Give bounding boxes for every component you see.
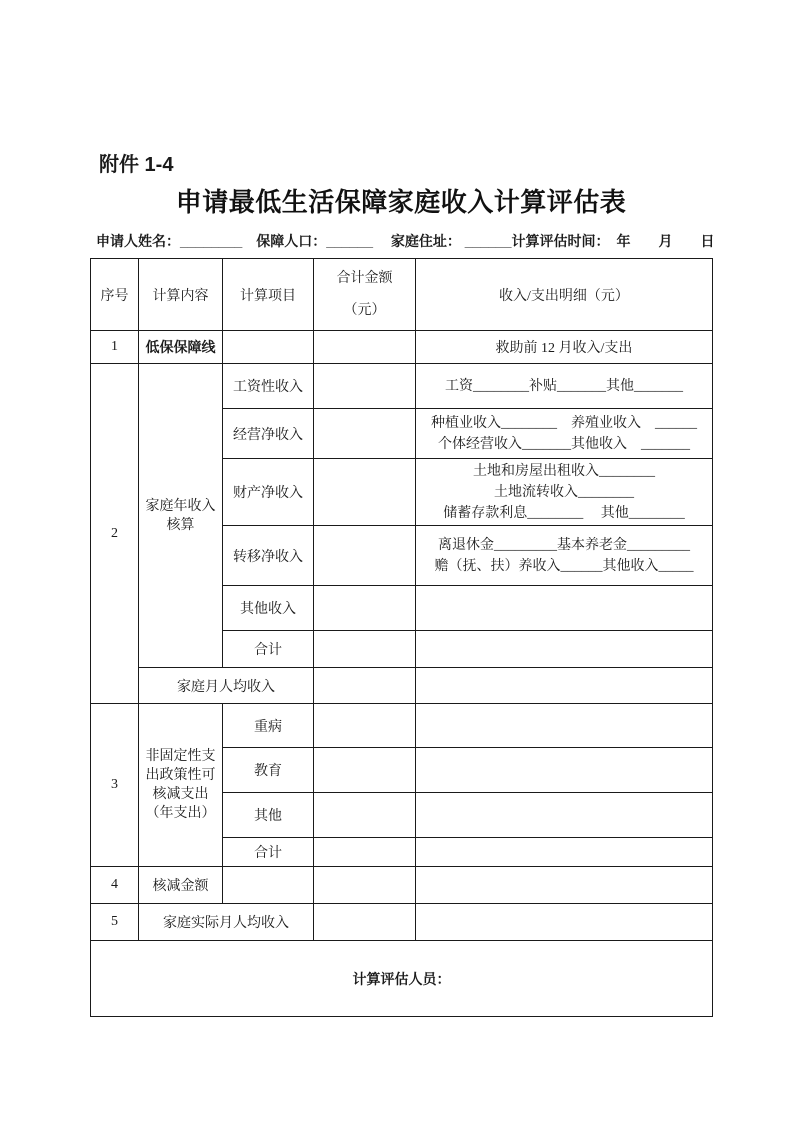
form-title: 申请最低生活保障家庭收入计算评估表: [90, 182, 712, 219]
amount-cell: [314, 704, 416, 748]
col-header-item: 计算项目: [223, 259, 314, 331]
col-header-no: 序号: [91, 259, 139, 331]
blank-fill-line: 储蓄存款利息________ 其他________: [416, 503, 712, 524]
row-guarantee-line: 1 低保保障线 救助前 12 月收入/支出: [91, 331, 713, 364]
amount-cell: [314, 331, 416, 364]
detail-cell: [416, 793, 713, 838]
row-wage-income: 2 家庭年收入 核算 工资性收入 工资________补贴_______其他__…: [91, 364, 713, 409]
content-line: 核算: [139, 516, 222, 535]
item-cell: 财产净收入: [223, 459, 314, 526]
detail-cell: [416, 704, 713, 748]
row-deduction-amount: 4 核减金额: [91, 867, 713, 904]
content-line: 家庭年收入: [139, 497, 222, 516]
seq-cell: 2: [91, 364, 139, 704]
blank-fill-line: 离退休金_________基本养老金_________: [416, 535, 712, 556]
row-serious-illness: 3 非固定性支 出政策性可 核减支出 （年支出） 重病: [91, 704, 713, 748]
detail-cell: [416, 904, 713, 941]
col-header-content: 计算内容: [139, 259, 223, 331]
detail-cell: [416, 867, 713, 904]
blank-fill-line: 种植业收入________ 养殖业收入 ______: [416, 413, 712, 434]
item-cell: [223, 331, 314, 364]
seq-cell: 5: [91, 904, 139, 941]
assessor-label: 计算评估人员：: [91, 941, 713, 1017]
amount-cell: [314, 459, 416, 526]
item-cell: [223, 867, 314, 904]
content-cell: 家庭实际月人均收入: [139, 904, 314, 941]
detail-cell: [416, 586, 713, 631]
item-cell: 工资性收入: [223, 364, 314, 409]
amount-cell: [314, 526, 416, 586]
amount-cell: [314, 586, 416, 631]
content-line: （年支出）: [139, 804, 222, 823]
content-cell: 家庭年收入 核算: [139, 364, 223, 668]
item-cell: 其他: [223, 793, 314, 838]
detail-cell: [416, 838, 713, 867]
detail-cell: 离退休金_________基本养老金_________ 赡（抚、扶）养收入___…: [416, 526, 713, 586]
col-header-total-amount: 合计金额 （元）: [314, 259, 416, 331]
content-line: 核减支出: [139, 785, 222, 804]
content-line: 出政策性可: [139, 766, 222, 785]
row-monthly-avg-income: 家庭月人均收入: [91, 668, 713, 704]
blank-fill-line: 赡（抚、扶）养收入______其他收入_____: [416, 556, 712, 577]
attachment-label: 附件 1-4: [99, 148, 173, 177]
col-header-detail: 收入/支出明细（元）: [416, 259, 713, 331]
amount-cell: [314, 668, 416, 704]
detail-cell: [416, 631, 713, 668]
detail-cell: 土地和房屋出租收入________ 土地流转收入________ 储蓄存款利息_…: [416, 459, 713, 526]
amount-cell: [314, 838, 416, 867]
blank-fill-line: 土地流转收入________: [416, 482, 712, 503]
col-header-total-amount-line2: （元）: [314, 304, 415, 318]
detail-cell: 种植业收入________ 养殖业收入 ______ 个体经营收入_______…: [416, 409, 713, 459]
content-line: 非固定性支: [139, 747, 222, 766]
amount-cell: [314, 793, 416, 838]
amount-cell: [314, 867, 416, 904]
detail-cell: 救助前 12 月收入/支出: [416, 331, 713, 364]
detail-cell: [416, 748, 713, 793]
amount-cell: [314, 904, 416, 941]
detail-cell: 工资________补贴_______其他_______: [416, 364, 713, 409]
blank-fill-line: 个体经营收入_______其他收入 _______: [416, 434, 712, 455]
content-cell: 非固定性支 出政策性可 核减支出 （年支出）: [139, 704, 223, 867]
amount-cell: [314, 409, 416, 459]
seq-cell: 1: [91, 331, 139, 364]
item-cell: 合计: [223, 838, 314, 867]
item-cell: 经营净收入: [223, 409, 314, 459]
col-header-total-amount-line1: 合计金额: [314, 272, 415, 286]
item-cell: 教育: [223, 748, 314, 793]
seq-cell: 4: [91, 867, 139, 904]
detail-cell: [416, 668, 713, 704]
seq-cell: 3: [91, 704, 139, 867]
blank-fill-line: 土地和房屋出租收入________: [416, 461, 712, 482]
blank-fill-line: 工资________补贴_______其他_______: [416, 376, 712, 397]
header-row: 序号 计算内容 计算项目 合计金额 （元） 收入/支出明细（元）: [91, 259, 713, 331]
item-cell: 合计: [223, 631, 314, 668]
row-actual-monthly-avg-income: 5 家庭实际月人均收入: [91, 904, 713, 941]
item-cell: 重病: [223, 704, 314, 748]
item-cell: 转移净收入: [223, 526, 314, 586]
item-cell: 其他收入: [223, 586, 314, 631]
amount-cell: [314, 748, 416, 793]
amount-cell: [314, 631, 416, 668]
content-cell: 核减金额: [139, 867, 223, 904]
amount-cell: [314, 364, 416, 409]
row-assessor: 计算评估人员：: [91, 941, 713, 1017]
content-cell: 家庭月人均收入: [139, 668, 314, 704]
form-page: 附件 1-4 申请最低生活保障家庭收入计算评估表 申请人姓名：________ …: [0, 0, 793, 1122]
content-cell: 低保保障线: [139, 331, 223, 364]
assessment-table: 序号 计算内容 计算项目 合计金额 （元） 收入/支出明细（元） 1 低保保障线…: [90, 258, 713, 1017]
applicant-info-line: 申请人姓名：________ 保障人口：______ 家庭住址： ______计…: [96, 231, 736, 251]
